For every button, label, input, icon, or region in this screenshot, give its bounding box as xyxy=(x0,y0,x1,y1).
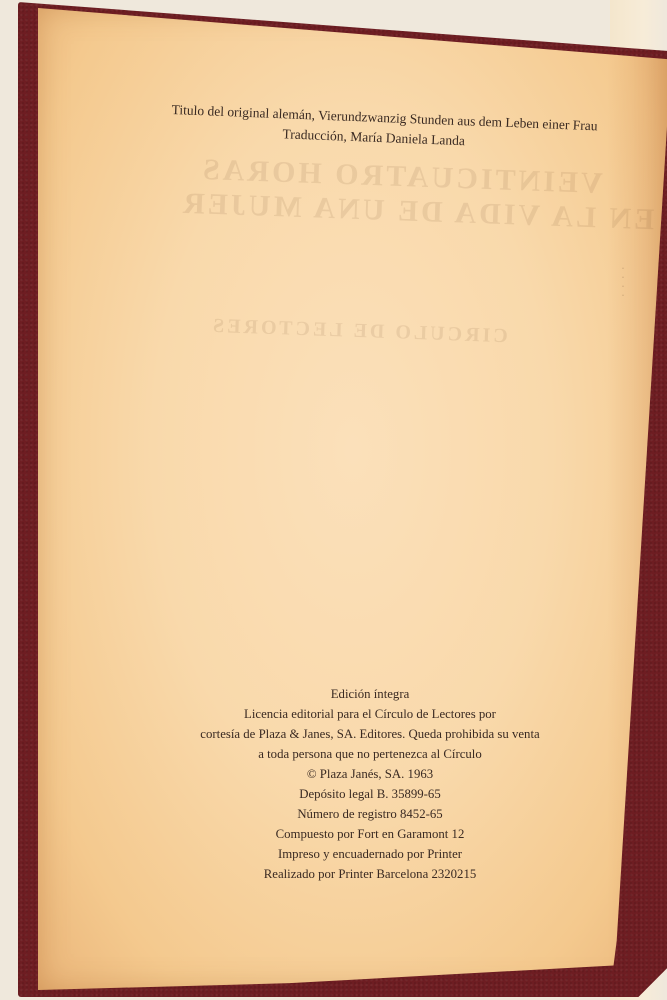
restriction-line: a toda persona que no pertenezca al Círc… xyxy=(170,744,570,764)
license-line: Licencia editorial para el Círculo de Le… xyxy=(170,704,570,724)
colophon: Edición íntegra Licencia editorial para … xyxy=(170,684,570,884)
courtesy-line: cortesía de Plaza & Janes, SA. Editores.… xyxy=(170,724,570,744)
legal-deposit-line: Depósito legal B. 35899-65 xyxy=(170,784,570,804)
edition-line: Edición íntegra xyxy=(170,684,570,704)
printed-bound-line: Impreso y encuadernado por Printer xyxy=(170,844,570,864)
registry-number-line: Número de registro 8452-65 xyxy=(170,804,570,824)
produced-by-line: Realizado por Printer Barcelona 2320215 xyxy=(170,864,570,884)
copyright-line: © Plaza Janés, SA. 1963 xyxy=(170,764,570,784)
typeset-line: Compuesto por Fort en Garamont 12 xyxy=(170,824,570,844)
page-specks: ···· xyxy=(622,265,626,305)
